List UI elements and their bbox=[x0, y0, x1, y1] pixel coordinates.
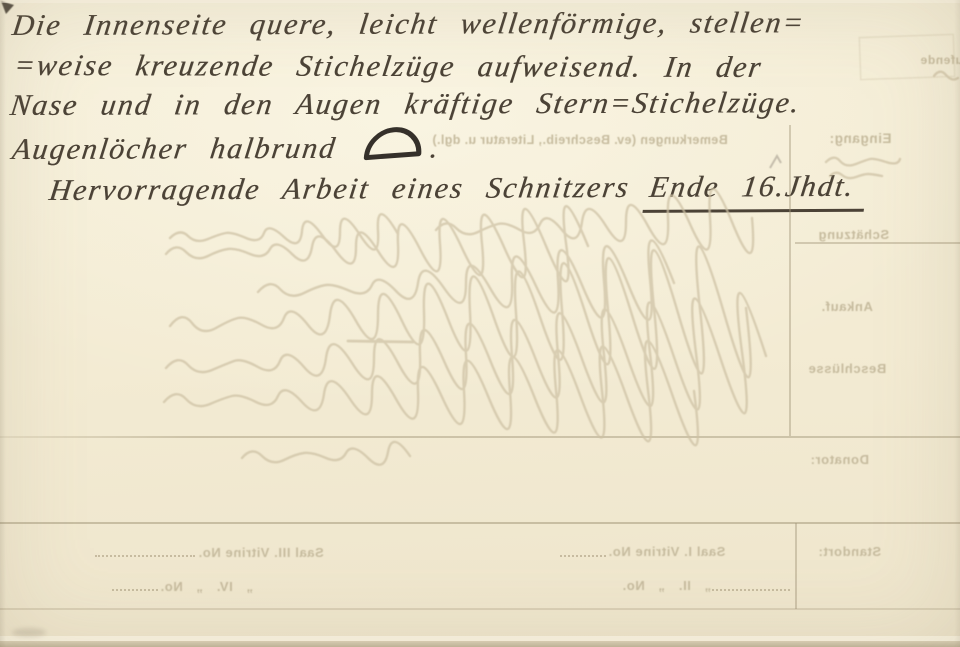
catalog-card-scan: Die Innenseite quere, leicht wellenförmi… bbox=[0, 0, 960, 647]
corner-ink-mark bbox=[1, 1, 14, 14]
bleedthrough-handwriting-squiggles bbox=[0, 0, 960, 647]
pencil-tick-mark bbox=[770, 156, 781, 168]
